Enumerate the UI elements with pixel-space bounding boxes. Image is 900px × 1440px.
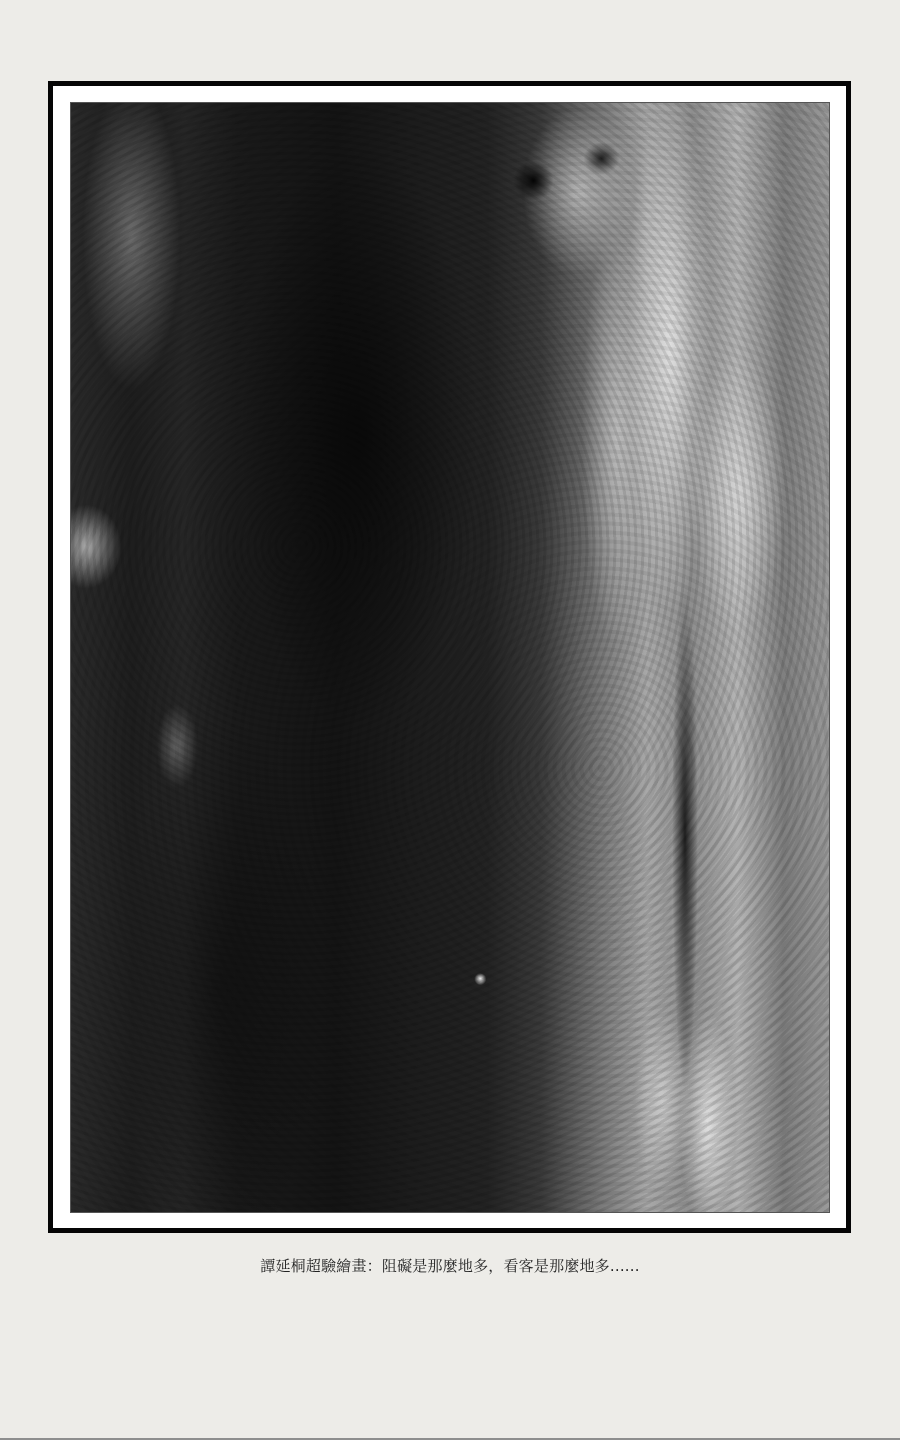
photo-grain xyxy=(71,103,829,1212)
artwork-image xyxy=(70,102,830,1213)
picture-frame xyxy=(48,81,851,1233)
figure-caption: 譚延桐超驗繪畫：阻礙是那麼地多，看客是那麼地多...... xyxy=(0,1255,900,1276)
